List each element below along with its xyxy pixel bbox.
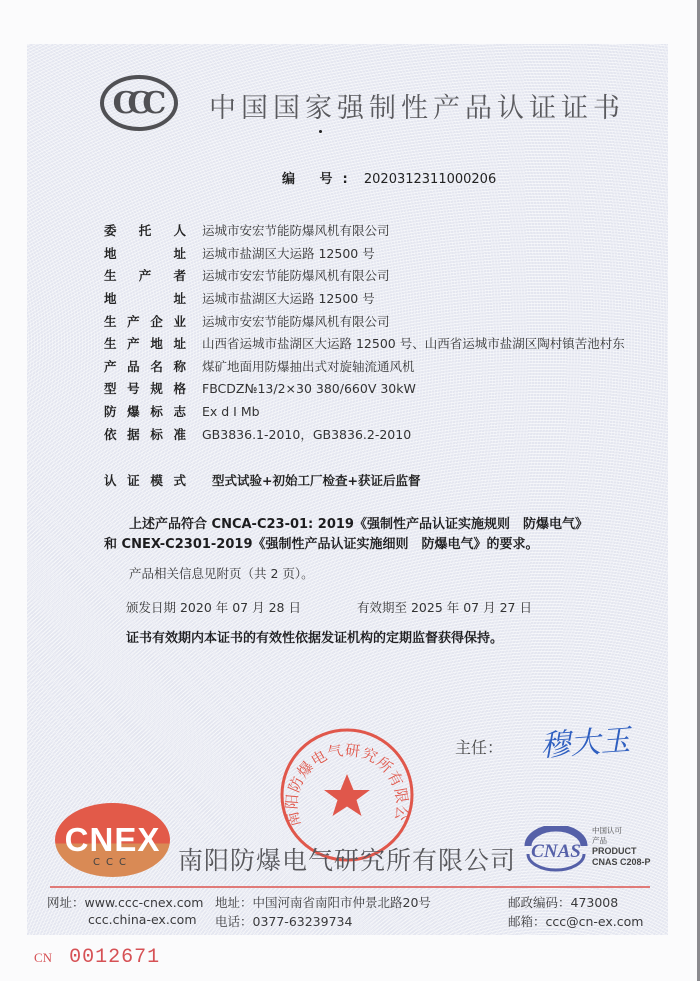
- field-value: 运城市安宏节能防爆风机有限公司: [202, 312, 390, 330]
- cnas-en-line1: PRODUCT: [592, 846, 651, 857]
- field-label: 地址: [104, 244, 202, 262]
- seal-text: 南阳防爆电气研究所有限公司: [279, 727, 411, 829]
- field-row: 地址运城市盐湖区大运路 12500 号: [104, 287, 625, 310]
- field-value: 煤矿地面用防爆抽出式对旋轴流通风机: [202, 357, 415, 375]
- svg-text:CNAS: CNAS: [531, 841, 581, 862]
- cnex-logo-sub: CCC: [55, 857, 170, 868]
- field-label: 防爆标志: [104, 402, 202, 420]
- certification-mode: 认证模式 型式试验+初始工厂检查+获证后监督: [104, 471, 420, 489]
- certificate-number: 编 号: 2020312311000206: [282, 168, 496, 187]
- field-row: 生产者运城市安宏节能防爆风机有限公司: [104, 264, 625, 287]
- compliance-statement-line2: 和 CNEX-C2301-2019《强制性产品认证实施细则 防爆电气》的要求。: [104, 533, 539, 552]
- attachment-note: 产品相关信息见附页（共 2 页）。: [129, 564, 314, 582]
- footer-postcode: 邮政编码：473008: [508, 893, 618, 911]
- footer-phone: 电话：0377-63239734: [215, 912, 352, 930]
- field-row: 生产地址山西省运城市盐湖区大运路 12500 号、山西省运城市盐湖区陶村镇苦池村…: [104, 332, 625, 355]
- validity-note: 证书有效期内本证书的有效性依据发证机构的定期监督获得保持。: [126, 627, 503, 646]
- director-signature: 穆大玉: [539, 715, 632, 765]
- certificate-fields: 委托人运城市安宏节能防爆风机有限公司地址运城市盐湖区大运路 12500 号生产者…: [104, 219, 625, 445]
- cnas-accreditation: 中国认可 产品 PRODUCT CNAS C208-P: [592, 826, 651, 868]
- field-value: 山西省运城市盐湖区大运路 12500 号、山西省运城市盐湖区陶村镇苦池村东: [202, 334, 625, 352]
- certificate-title: 中国国家强制性产品认证证书: [209, 86, 625, 125]
- cnas-cn-line1: 中国认可: [592, 826, 651, 836]
- certification-mode-label: 认证模式: [104, 471, 202, 489]
- field-label: 委托人: [104, 221, 202, 239]
- svg-text:南阳防爆电气研究所有限公司: 南阳防爆电气研究所有限公司: [279, 727, 411, 829]
- field-value: 运城市安宏节能防爆风机有限公司: [202, 221, 390, 239]
- field-row: 委托人运城市安宏节能防爆风机有限公司: [104, 219, 625, 242]
- field-value: 运城市盐湖区大运路 12500 号: [202, 289, 375, 307]
- serial-number: CN 0012671: [34, 946, 160, 969]
- field-row: 依据标准GB3836.1-2010，GB3836.2-2010: [104, 422, 625, 445]
- cnex-logo-icon: CNEX CCC: [55, 803, 170, 877]
- field-value: GB3836.1-2010，GB3836.2-2010: [202, 425, 411, 443]
- field-row: 地址运城市盐湖区大运路 12500 号: [104, 242, 625, 265]
- serial-prefix: CN: [34, 950, 52, 965]
- field-row: 生产企业运城市安宏节能防爆风机有限公司: [104, 309, 625, 332]
- field-label: 生产者: [104, 266, 202, 284]
- issue-date: 颁发日期 2020 年 07 月 28 日: [126, 598, 301, 616]
- director-title: 主任：: [455, 735, 503, 758]
- footer-divider: [50, 886, 650, 888]
- footer-website[interactable]: 网址：www.ccc-cnex.com: [47, 893, 203, 911]
- footer-address: 地址：中国河南省南阳市仲景北路20号: [215, 893, 431, 911]
- field-row: 防爆标志Ex d Ⅰ Mb: [104, 400, 625, 423]
- field-value: 运城市盐湖区大运路 12500 号: [202, 244, 375, 262]
- footer-email[interactable]: 邮箱：ccc@cn-ex.com: [508, 912, 643, 930]
- cnas-en-line2: CNAS C208-P: [592, 857, 651, 868]
- field-label: 产品名称: [104, 357, 202, 375]
- field-label: 型号规格: [104, 379, 202, 397]
- issuer-name: 南阳防爆电气研究所有限公司: [178, 841, 516, 877]
- certificate-number-label: 编 号:: [282, 172, 358, 187]
- compliance-statement-line1: 上述产品符合 CNCA-C23-01: 2019《强制性产品认证实施规则 防爆电…: [129, 513, 588, 532]
- field-label: 生产企业: [104, 312, 202, 330]
- ccc-logo-icon: CCC: [100, 75, 178, 131]
- cnas-cn-line2: 产品: [592, 836, 651, 846]
- valid-until-date: 有效期至 2025 年 07 月 27 日: [357, 598, 532, 616]
- field-label: 依据标准: [104, 425, 202, 443]
- certification-mode-value: 型式试验+初始工厂检查+获证后监督: [212, 471, 420, 489]
- serial-value: 0012671: [69, 946, 160, 969]
- field-value: 运城市安宏节能防爆风机有限公司: [202, 266, 390, 284]
- field-label: 生产地址: [104, 334, 202, 352]
- field-row: 型号规格FBCDZ№13/2×30 380/660V 30kW: [104, 377, 625, 400]
- speck: [319, 130, 322, 133]
- certificate-number-value: 2020312311000206: [364, 172, 496, 187]
- field-row: 产品名称煤矿地面用防爆抽出式对旋轴流通风机: [104, 355, 625, 378]
- field-value: Ex d Ⅰ Mb: [202, 404, 260, 419]
- cnas-logo-icon: CNAS: [520, 826, 592, 872]
- field-label: 地址: [104, 289, 202, 307]
- cnex-logo-text: CNEX: [55, 821, 170, 859]
- footer-website-alt[interactable]: ccc.china-ex.com: [88, 912, 197, 927]
- field-value: FBCDZ№13/2×30 380/660V 30kW: [202, 381, 416, 396]
